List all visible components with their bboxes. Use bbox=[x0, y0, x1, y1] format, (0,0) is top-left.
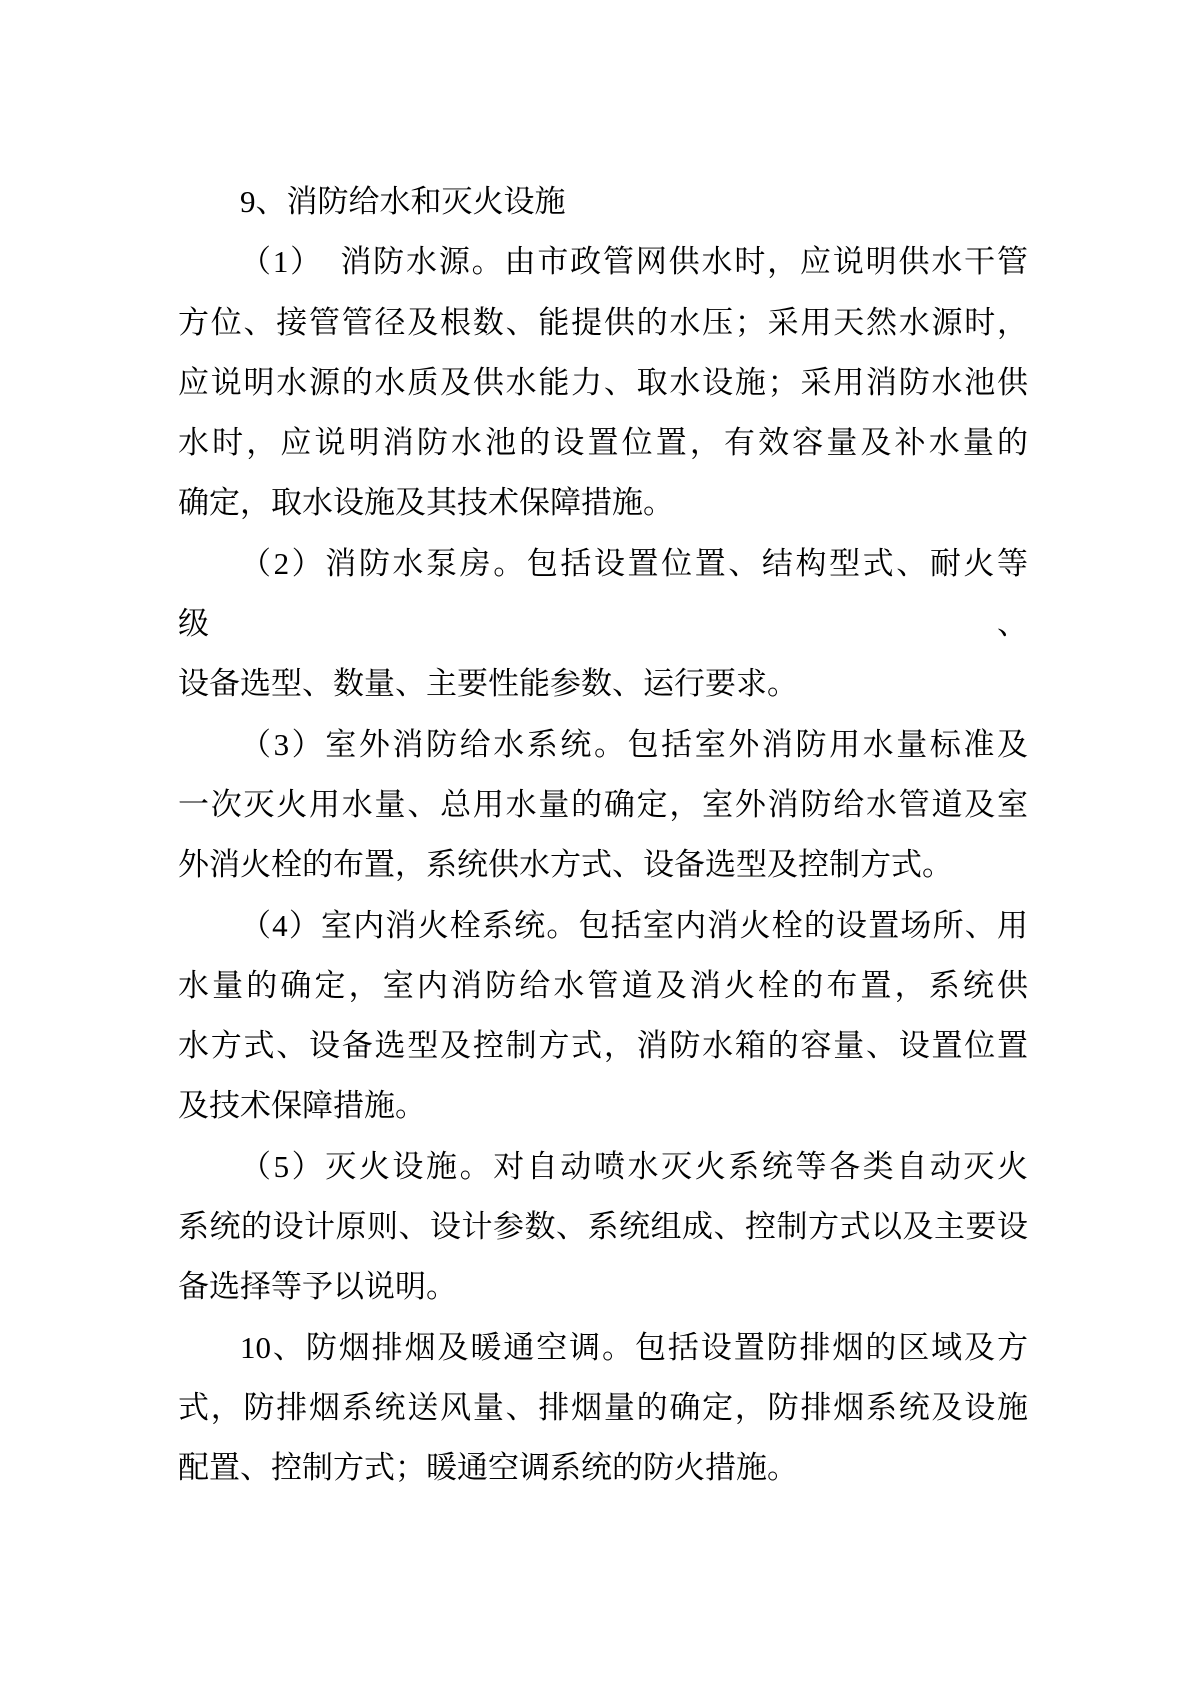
paragraph: （1） 消防水源。由市政管网供水时，应说明供水干管方位、接管管径及根数、能提供的… bbox=[178, 232, 1028, 533]
paragraph: （3）室外消防给水系统。包括室外消防用水量标准及一次灭火用水量、总用水量的确定，… bbox=[178, 715, 1028, 896]
text-line: 备选择等予以说明。 bbox=[178, 1257, 1028, 1317]
text-line: 一次灭火用水量、总用水量的确定，室外消防给水管道及室 bbox=[178, 775, 1028, 835]
text-line: 9、消防给水和灭火设施 bbox=[178, 172, 1028, 232]
text-line: 水时，应说明消防水池的设置位置，有效容量及补水量的 bbox=[178, 413, 1028, 473]
text-line: 水方式、设备选型及控制方式，消防水箱的容量、设置位置 bbox=[178, 1016, 1028, 1076]
text-line: 系统的设计原则、设计参数、系统组成、控制方式以及主要设 bbox=[178, 1197, 1028, 1257]
text-line: 10、防烟排烟及暖通空调。包括设置防排烟的区域及方 bbox=[178, 1318, 1028, 1378]
paragraph: （4）室内消火栓系统。包括室内消火栓的设置场所、用水量的确定，室内消防给水管道及… bbox=[178, 896, 1028, 1137]
text-line: （1） 消防水源。由市政管网供水时，应说明供水干管 bbox=[178, 232, 1028, 292]
text-line: 设备选型、数量、主要性能参数、运行要求。 bbox=[178, 654, 1028, 714]
text-line: 方位、接管管径及根数、能提供的水压；采用天然水源时， bbox=[178, 293, 1028, 353]
text-line: 式，防排烟系统送风量、排烟量的确定，防排烟系统及设施 bbox=[178, 1378, 1028, 1438]
paragraph: 10、防烟排烟及暖通空调。包括设置防排烟的区域及方式，防排烟系统送风量、排烟量的… bbox=[178, 1318, 1028, 1499]
paragraph: 9、消防给水和灭火设施 bbox=[178, 172, 1028, 232]
text-line: 水量的确定，室内消防给水管道及消火栓的布置，系统供 bbox=[178, 956, 1028, 1016]
text-line: 确定，取水设施及其技术保障措施。 bbox=[178, 473, 1028, 533]
text-line: 外消火栓的布置，系统供水方式、设备选型及控制方式。 bbox=[178, 835, 1028, 895]
text-line: 及技术保障措施。 bbox=[178, 1076, 1028, 1136]
text-line: （2）消防水泵房。包括设置位置、结构型式、耐火等级、 bbox=[178, 534, 1028, 655]
text-line: （5）灭火设施。对自动喷水灭火系统等各类自动灭火 bbox=[178, 1137, 1028, 1197]
paragraph: （5）灭火设施。对自动喷水灭火系统等各类自动灭火系统的设计原则、设计参数、系统组… bbox=[178, 1137, 1028, 1318]
text-line: 应说明水源的水质及供水能力、取水设施；采用消防水池供 bbox=[178, 353, 1028, 413]
text-line: 配置、控制方式；暖通空调系统的防火措施。 bbox=[178, 1438, 1028, 1498]
document-page: 9、消防给水和灭火设施（1） 消防水源。由市政管网供水时，应说明供水干管方位、接… bbox=[0, 0, 1200, 1697]
text-line: （4）室内消火栓系统。包括室内消火栓的设置场所、用 bbox=[178, 896, 1028, 956]
paragraph: （2）消防水泵房。包括设置位置、结构型式、耐火等级、设备选型、数量、主要性能参数… bbox=[178, 534, 1028, 715]
document-body: 9、消防给水和灭火设施（1） 消防水源。由市政管网供水时，应说明供水干管方位、接… bbox=[178, 172, 1028, 1499]
text-line: （3）室外消防给水系统。包括室外消防用水量标准及 bbox=[178, 715, 1028, 775]
